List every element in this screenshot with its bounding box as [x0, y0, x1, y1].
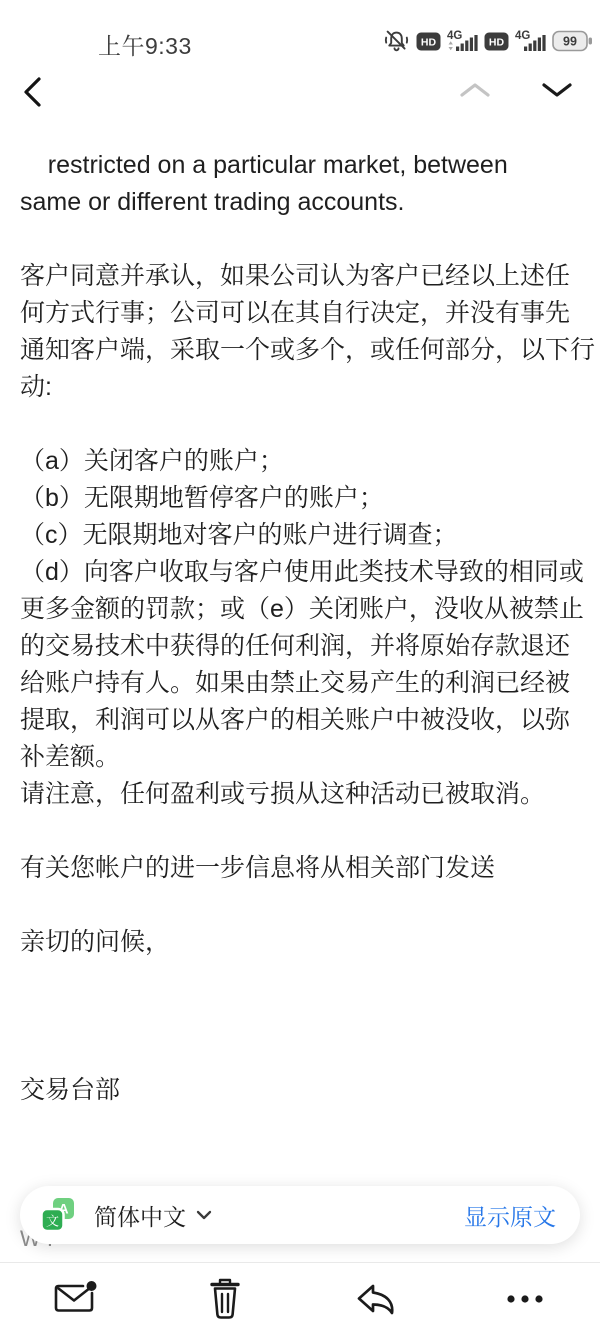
network-label: 4G — [447, 30, 462, 42]
email-reader-screen: 上午9:33 HD — [0, 0, 600, 1333]
bottom-toolbar — [0, 1262, 600, 1333]
email-body: restricted on a particular market, betwe… — [20, 110, 598, 1331]
svg-text:文: 文 — [46, 1214, 59, 1229]
signal-4g-icon: 4G — [447, 29, 478, 54]
chevron-down-icon — [540, 81, 574, 99]
language-selector[interactable]: 简体中文 — [94, 1199, 212, 1232]
next-email-button[interactable] — [540, 81, 574, 99]
chevron-left-icon — [20, 75, 44, 109]
translate-bar: A 文 简体中文 显示原文 — [20, 1186, 580, 1244]
trash-icon — [205, 1276, 245, 1322]
previous-email-button[interactable] — [458, 81, 492, 99]
status-time: 上午9:33 — [98, 28, 192, 61]
delete-button[interactable] — [150, 1263, 300, 1333]
show-original-button[interactable]: 显示原文 — [464, 1199, 556, 1232]
back-button[interactable] — [20, 75, 44, 109]
hd-voice-icon: HD — [484, 32, 509, 51]
chevron-down-small-icon — [196, 1210, 212, 1220]
chevron-up-icon — [458, 81, 492, 99]
reply-button[interactable] — [300, 1263, 450, 1333]
language-label: 简体中文 — [94, 1199, 186, 1232]
more-button[interactable] — [450, 1263, 600, 1333]
status-bar-icons: HD 4G HD — [383, 28, 593, 54]
battery-level: 99 — [563, 35, 577, 49]
more-dots-icon — [503, 1279, 547, 1319]
reply-icon — [351, 1277, 399, 1321]
hd-label: HD — [421, 36, 437, 48]
network-label: 4G — [515, 30, 530, 42]
mute-vibrate-icon — [383, 28, 410, 54]
mark-unread-button[interactable] — [0, 1263, 150, 1333]
battery-icon: 99 — [552, 30, 593, 52]
email-body-text: restricted on a particular market, betwe… — [20, 151, 595, 1104]
hd-label: HD — [489, 36, 505, 48]
signal-4g-icon: 4G — [515, 29, 546, 54]
envelope-unread-icon — [51, 1279, 99, 1319]
hd-voice-icon: HD — [416, 32, 441, 51]
header: 上午9:33 HD — [0, 0, 600, 122]
translate-icon: A 文 — [40, 1197, 76, 1233]
